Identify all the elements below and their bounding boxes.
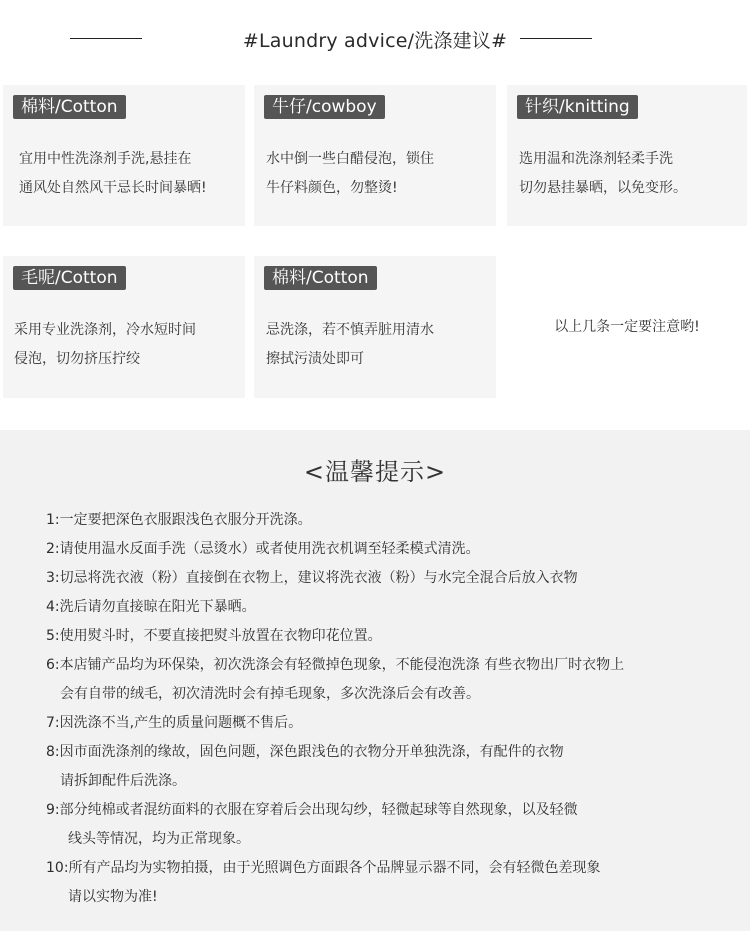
fabric-tag: 牛仔/cowboy bbox=[264, 95, 385, 119]
care-card-wool: 毛呢/Cotton 采用专业洗涤剂，冷水短时间 侵泡，切勿挤压拧绞 bbox=[3, 256, 245, 398]
tip-text-continued: 请拆卸配件后洗涤。 bbox=[46, 767, 730, 796]
tip-item: 10:所有产品均为实物拍摄，由于光照调色方面跟各个品牌显示器不同，会有轻微色差现… bbox=[46, 854, 730, 912]
fabric-tag: 针织/knitting bbox=[517, 95, 638, 119]
care-line: 水中倒一些白醋侵泡，锁住 bbox=[266, 145, 490, 174]
tip-item: 2:请使用温水反面手洗（忌烫水）或者使用洗衣机调至轻柔模式清洗。 bbox=[46, 535, 730, 564]
care-card-cotton: 棉料/Cotton 宜用中性洗涤剂手洗,悬挂在 通风处自然风干忌长时间暴晒! bbox=[3, 85, 245, 226]
reminder-note: 以上几条一定要注意哟! bbox=[507, 256, 747, 398]
tip-text: 6:本店铺产品均为环保染，初次洗涤会有轻微掉色现象，不能侵泡洗涤 有些衣物出厂时… bbox=[46, 651, 730, 680]
tip-text: 1:一定要把深色衣服跟浅色衣服分开洗涤。 bbox=[46, 506, 730, 535]
care-card-cowboy: 牛仔/cowboy 水中倒一些白醋侵泡，锁住 牛仔料颜色，勿整烫! bbox=[254, 85, 496, 226]
care-description: 忌洗涤，若不慎弄脏用清水 擦拭污渍处即可 bbox=[266, 316, 490, 374]
tips-list: 1:一定要把深色衣服跟浅色衣服分开洗涤。 2:请使用温水反面手洗（忌烫水）或者使… bbox=[46, 506, 730, 912]
care-card-knitting: 针织/knitting 选用温和洗涤剂轻柔手洗 切勿悬挂暴晒，以免变形。 bbox=[507, 85, 747, 226]
tip-text: 5:使用熨斗时，不要直接把熨斗放置在衣物印花位置。 bbox=[46, 622, 730, 651]
care-card-cotton-2: 棉料/Cotton 忌洗涤，若不慎弄脏用清水 擦拭污渍处即可 bbox=[254, 256, 496, 398]
care-line: 采用专业洗涤剂，冷水短时间 bbox=[14, 316, 239, 345]
tip-text: 2:请使用温水反面手洗（忌烫水）或者使用洗衣机调至轻柔模式清洗。 bbox=[46, 535, 730, 564]
header-divider-right bbox=[520, 38, 592, 39]
care-line: 侵泡，切勿挤压拧绞 bbox=[14, 345, 239, 374]
care-description: 采用专业洗涤剂，冷水短时间 侵泡，切勿挤压拧绞 bbox=[14, 316, 239, 374]
tip-item: 8:因市面洗涤剂的缘故，固色问题，深色跟浅色的衣物分开单独洗涤，有配件的衣物 请… bbox=[46, 738, 730, 796]
tip-text: 10:所有产品均为实物拍摄，由于光照调色方面跟各个品牌显示器不同，会有轻微色差现… bbox=[46, 854, 730, 883]
reminder-text: 以上几条一定要注意哟! bbox=[507, 316, 747, 336]
section-header: #Laundry advice/洗涤建议# bbox=[0, 0, 750, 80]
tip-item: 6:本店铺产品均为环保染，初次洗涤会有轻微掉色现象，不能侵泡洗涤 有些衣物出厂时… bbox=[46, 651, 730, 709]
tip-item: 4:洗后请勿直接晾在阳光下暴晒。 bbox=[46, 593, 730, 622]
tip-text-continued: 请以实物为准! bbox=[46, 883, 730, 912]
tip-text: 4:洗后请勿直接晾在阳光下暴晒。 bbox=[46, 593, 730, 622]
tip-text-continued: 会有自带的绒毛，初次清洗时会有掉毛现象，多次洗涤后会有改善。 bbox=[46, 680, 730, 709]
care-description: 宜用中性洗涤剂手洗,悬挂在 通风处自然风干忌长时间暴晒! bbox=[19, 145, 239, 203]
section-title: #Laundry advice/洗涤建议# bbox=[0, 26, 750, 53]
tip-item: 7:因洗涤不当,产生的质量问题概不售后。 bbox=[46, 709, 730, 738]
tip-item: 1:一定要把深色衣服跟浅色衣服分开洗涤。 bbox=[46, 506, 730, 535]
tips-title: <温馨提示> bbox=[0, 452, 750, 487]
tip-item: 5:使用熨斗时，不要直接把熨斗放置在衣物印花位置。 bbox=[46, 622, 730, 651]
tip-text: 9:部分纯棉或者混纺面料的衣服在穿着后会出现勾纱，轻微起球等自然现象，以及轻微 bbox=[46, 796, 730, 825]
care-description: 选用温和洗涤剂轻柔手洗 切勿悬挂暴晒，以免变形。 bbox=[519, 145, 741, 203]
care-line: 牛仔料颜色，勿整烫! bbox=[266, 174, 490, 203]
care-line: 选用温和洗涤剂轻柔手洗 bbox=[519, 145, 741, 174]
care-description: 水中倒一些白醋侵泡，锁住 牛仔料颜色，勿整烫! bbox=[266, 145, 490, 203]
tip-text: 7:因洗涤不当,产生的质量问题概不售后。 bbox=[46, 709, 730, 738]
tip-text-continued: 线头等情况，均为正常现象。 bbox=[46, 825, 730, 854]
care-line: 切勿悬挂暴晒，以免变形。 bbox=[519, 174, 741, 203]
tip-item: 9:部分纯棉或者混纺面料的衣服在穿着后会出现勾纱，轻微起球等自然现象，以及轻微 … bbox=[46, 796, 730, 854]
fabric-tag: 棉料/Cotton bbox=[264, 266, 377, 290]
fabric-tag: 棉料/Cotton bbox=[13, 95, 126, 119]
care-line: 擦拭污渍处即可 bbox=[266, 345, 490, 374]
care-line: 忌洗涤，若不慎弄脏用清水 bbox=[266, 316, 490, 345]
fabric-tag: 毛呢/Cotton bbox=[13, 266, 126, 290]
tips-section: <温馨提示> 1:一定要把深色衣服跟浅色衣服分开洗涤。 2:请使用温水反面手洗（… bbox=[0, 430, 750, 931]
tip-item: 3:切忌将洗衣液（粉）直接倒在衣物上，建议将洗衣液（粉）与水完全混合后放入衣物 bbox=[46, 564, 730, 593]
tip-text: 8:因市面洗涤剂的缘故，固色问题，深色跟浅色的衣物分开单独洗涤，有配件的衣物 bbox=[46, 738, 730, 767]
tip-text: 3:切忌将洗衣液（粉）直接倒在衣物上，建议将洗衣液（粉）与水完全混合后放入衣物 bbox=[46, 564, 730, 593]
care-line: 通风处自然风干忌长时间暴晒! bbox=[19, 174, 239, 203]
care-line: 宜用中性洗涤剂手洗,悬挂在 bbox=[19, 145, 239, 174]
